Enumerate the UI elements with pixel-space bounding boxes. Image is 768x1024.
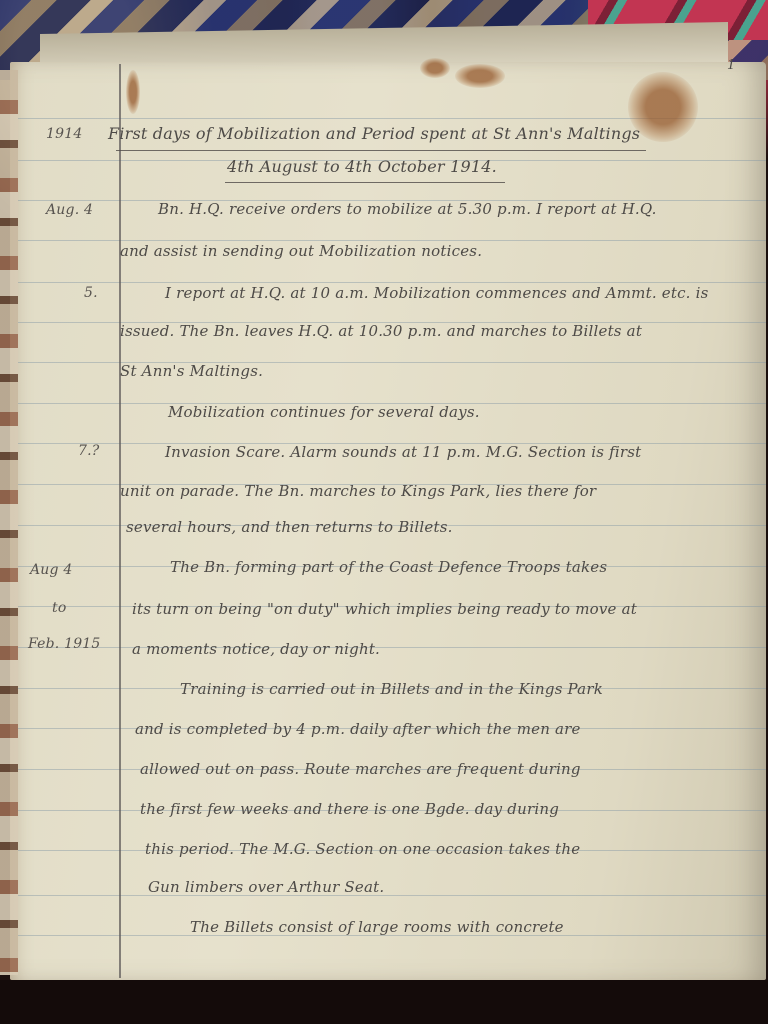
margin-date-aug4: Aug. 4: [46, 202, 93, 218]
margin-date-range-start: Aug 4: [30, 562, 72, 578]
entry-line: several hours, and then returns to Bille…: [126, 518, 453, 536]
heading-year: 1914: [46, 126, 82, 142]
stain-top-center-2: [455, 64, 505, 88]
entry-line: and assist in sending out Mobilization n…: [120, 242, 482, 260]
entry-line: The Billets consist of large rooms with …: [190, 918, 564, 936]
page-number: 1: [727, 58, 735, 73]
margin-line: [119, 64, 121, 978]
stain-margin: [126, 70, 140, 114]
heading-subtitle-underline: [225, 182, 505, 183]
heading-subtitle: 4th August to 4th October 1914.: [227, 157, 497, 176]
margin-date-range-end: Feb. 1915: [28, 636, 101, 652]
entry-line: I report at H.Q. at 10 a.m. Mobilization…: [165, 284, 709, 302]
margin-date-5: 5.: [84, 285, 98, 301]
heading-title-underline: [116, 150, 646, 151]
heading-title: First days of Mobilization and Period sp…: [108, 124, 640, 143]
entry-line: a moments notice, day or night.: [132, 640, 380, 658]
entry-line: Training is carried out in Billets and i…: [180, 680, 603, 698]
entry-line: its turn on being "on duty" which implie…: [132, 600, 637, 618]
worn-binding-edge: [0, 70, 18, 975]
entry-line: Gun limbers over Arthur Seat.: [148, 878, 384, 896]
entry-line: Mobilization continues for several days.: [168, 403, 480, 421]
entry-line: Invasion Scare. Alarm sounds at 11 p.m. …: [165, 443, 641, 461]
entry-line: unit on parade. The Bn. marches to Kings…: [120, 482, 596, 500]
entry-line: St Ann's Maltings.: [120, 362, 263, 380]
entry-line: issued. The Bn. leaves H.Q. at 10.30 p.m…: [120, 322, 642, 340]
entry-line: and is completed by 4 p.m. daily after w…: [135, 720, 581, 738]
entry-line: the first few weeks and there is one Bgd…: [140, 800, 559, 818]
margin-date-7: 7.?: [78, 443, 99, 459]
margin-date-range-to: to: [52, 600, 66, 616]
dark-surface: [0, 980, 768, 1024]
stain-top-center: [420, 58, 450, 78]
entry-line: The Bn. forming part of the Coast Defenc…: [170, 558, 607, 576]
entry-line: allowed out on pass. Route marches are f…: [140, 760, 581, 778]
entry-line: Bn. H.Q. receive orders to mobilize at 5…: [158, 200, 657, 218]
entry-line: this period. The M.G. Section on one occ…: [145, 840, 580, 858]
